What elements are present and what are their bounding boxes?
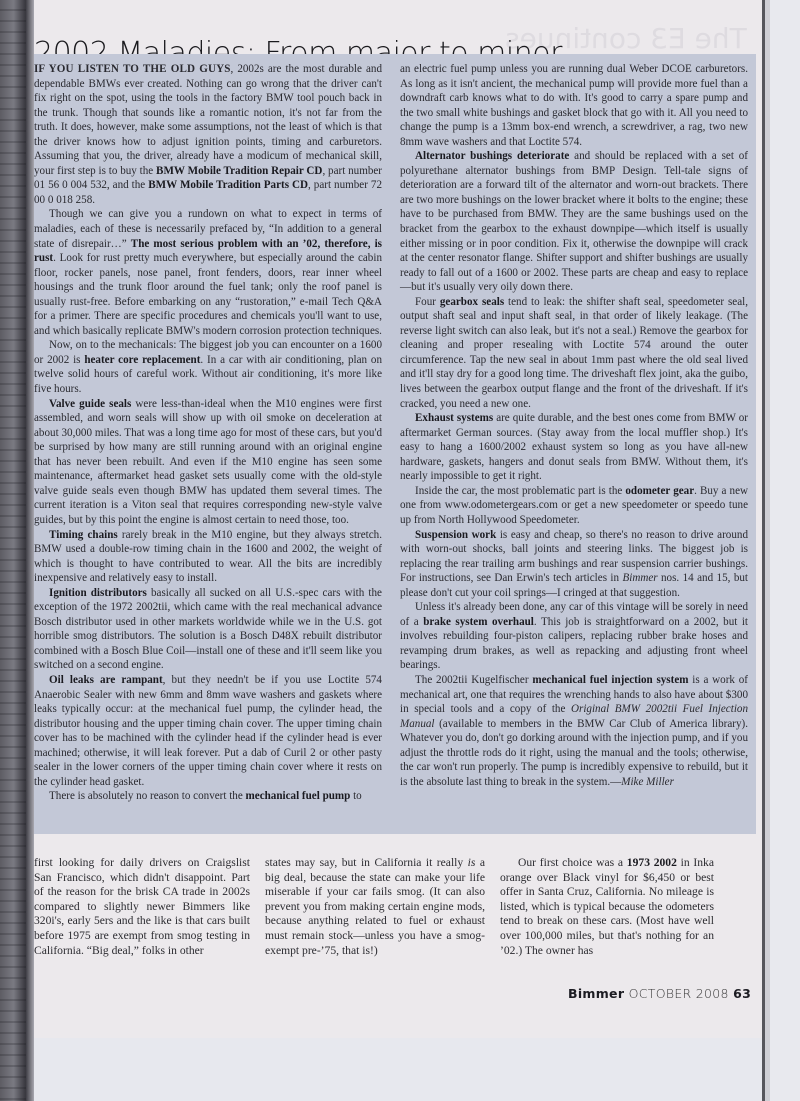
text: basically all sucked on all U.S.-spec ca… [34,587,382,672]
bold-term: Alternator bushings deteriorate [415,150,569,162]
paragraph-fuel-pump-cont: an electric fuel pump unless you are run… [400,62,748,149]
bold-term: heater core replacement [84,354,200,366]
text: tend to leak: the shifter shaft seal, sp… [400,296,748,410]
body-column-2: states may say, but in California it rea… [265,856,485,958]
bold-term: Exhaust systems [415,412,493,424]
text: were less-than-ideal when the M10 engine… [34,398,382,526]
bold-term: brake system overhaul [423,616,534,628]
text: Four [415,296,440,308]
bold-term: mechanical fuel pump [246,790,351,802]
author-byline: Mike Miller [621,776,674,788]
text: and should be replaced with a set of pol… [400,150,748,293]
paragraph-timing-chains: Timing chains rarely break in the M10 en… [34,528,382,586]
text: , 2002s are the most durable and dependa… [34,63,382,177]
text: states may say, but in California it rea… [265,856,468,869]
text: Our first choice was a [518,856,627,869]
paragraph-fuel-pump: There is absolutely no reason to convert… [34,789,382,804]
text: a big deal, because the state can make y… [265,856,485,957]
bold-term: 1973 2002 [627,856,677,869]
paragraph-suspension: Suspension work is easy and cheap, so th… [400,528,748,601]
bold-term: BMW Mobile Tradition Repair CD [156,165,322,177]
page-bottom-margin [34,1038,762,1101]
bold-term: gearbox seals [440,296,504,308]
italic-title: Bimmer [622,572,657,584]
bold-term: odometer gear [625,485,694,497]
lead-in: IF YOU LISTEN TO THE OLD GUYS [34,63,231,75]
paragraph-gearbox: Four gearbox seals tend to leak: the shi… [400,295,748,411]
bold-term: mechanical fuel injection system [532,674,688,686]
text: (available to members in the BMW Car Clu… [400,718,748,788]
paragraph-intro: IF YOU LISTEN TO THE OLD GUYS, 2002s are… [34,62,382,207]
page-number: 63 [733,986,751,1001]
page-footer-folio: Bimmer OCTOBER 2008 63 [568,986,751,1001]
paragraph-valve-guide: Valve guide seals were less-than-ideal w… [34,397,382,528]
paragraph-odometer: Inside the car, the most problematic par… [400,484,748,528]
bold-term: BMW Mobile Tradition Parts CD [148,179,308,191]
text: in Inka orange over Black vinyl for $6,4… [500,856,714,957]
paragraph-oil-leaks: Oil leaks are rampant, but they needn't … [34,673,382,789]
text: Inside the car, the most problematic par… [415,485,625,497]
body-paragraph: states may say, but in California it rea… [265,856,485,958]
paragraph-ignition: Ignition distributors basically all suck… [34,586,382,673]
sidebar-column-1: IF YOU LISTEN TO THE OLD GUYS, 2002s are… [34,62,382,804]
text: The 2002tii Kugelfischer [415,674,532,686]
paragraph-alternator: Alternator bushings deteriorate and shou… [400,149,748,294]
page-edge-right [762,0,800,1101]
paragraph-rust: Though we can give you a rundown on what… [34,207,382,338]
paragraph-brakes: Unless it's already been done, any car o… [400,600,748,673]
body-column-1: first looking for daily drivers on Craig… [34,856,250,958]
text: to [350,790,361,802]
paragraph-exhaust: Exhaust systems are quite durable, and t… [400,411,748,484]
bold-term: Timing chains [49,529,118,541]
bold-term: Ignition distributors [49,587,147,599]
facing-page-text-bleed [0,0,26,1101]
text: There is absolutely no reason to convert… [49,790,246,802]
body-paragraph: first looking for daily drivers on Craig… [34,856,250,958]
text: an electric fuel pump unless you are run… [400,63,748,148]
paragraph-fuel-injection: The 2002tii Kugelfischer mechanical fuel… [400,673,748,789]
body-paragraph: Our first choice was a 1973 2002 in Inka… [500,856,714,958]
bold-term: Oil leaks are rampant [49,674,163,686]
paragraph-heater-core: Now, on to the mechanicals: The biggest … [34,338,382,396]
text: . Look for rust pretty much everywhere, … [34,252,382,337]
issue-date: OCTOBER 2008 [629,986,729,1001]
magazine-name: Bimmer [568,986,624,1001]
body-column-3: Our first choice was a 1973 2002 in Inka… [500,856,714,958]
bold-term: Suspension work [415,529,496,541]
bold-term: Valve guide seals [49,398,131,410]
text: , but they needn't be if you use Loctite… [34,674,382,788]
sidebar-column-2: an electric fuel pump unless you are run… [400,62,748,789]
